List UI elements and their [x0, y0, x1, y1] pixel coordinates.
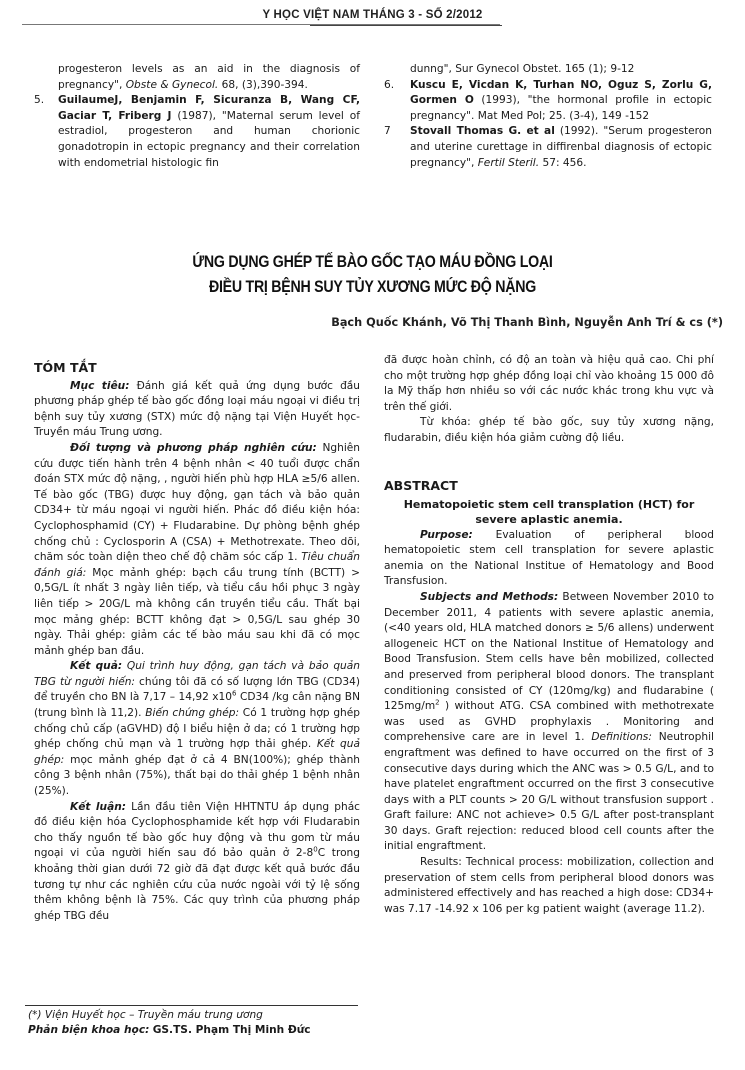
- title-line-2: ĐIỀU TRỊ BỆNH SUY TỦY XƯƠNG MỨC ĐỘ NẶNG: [52, 275, 693, 300]
- keywords: Từ khóa: ghép tế bào gốc, suy tủy xương …: [384, 415, 714, 446]
- reference-5-continuation: dunng", Sur Gynecol Obstet. 165 (1); 9-1…: [410, 62, 712, 78]
- summary-continuation: đã được hoàn chỉnh, có độ an toàn và hiệ…: [384, 353, 714, 447]
- reference-5: 5. GuilaumeJ, Benjamin F, Sicuranza B, W…: [58, 93, 360, 171]
- reference-journal: Fertil Steril.: [478, 157, 539, 169]
- reference-number: 5.: [34, 93, 56, 109]
- reference-authors: Stovall Thomas G. et al: [410, 125, 555, 137]
- paragraph-conclusion-continuation: đã được hoàn chỉnh, có độ an toàn và hiệ…: [384, 353, 714, 415]
- paragraph-results-english: Results: Technical process: mobilization…: [384, 855, 714, 917]
- paragraph-results: Kết quả: Qui trình huy động, gạn tách và…: [34, 659, 360, 799]
- paragraph-subjects-methods: Subjects and Methods: Between November 2…: [384, 590, 714, 855]
- reference-6: 6. Kuscu E, Vicdan K, Turhan NO, Oguz S,…: [410, 78, 712, 125]
- paragraph-purpose: Purpose: Evaluation of peripheral blood …: [384, 528, 714, 590]
- section-heading-tom-tat: TÓM TẮT: [34, 360, 360, 376]
- references-right: dunng", Sur Gynecol Obstet. 165 (1); 9-1…: [410, 62, 712, 171]
- footnote-affiliation: (*) Viện Huyết học – Truyền máu trung ươ…: [28, 1008, 311, 1023]
- reference-text: 57: 456.: [542, 157, 586, 169]
- paragraph-conclusion: Kết luận: Lần đầu tiên Viện HHTNTU áp dụ…: [34, 800, 360, 925]
- reference-number: 6.: [384, 78, 406, 94]
- references-left: progesteron levels as an aid in the diag…: [58, 62, 360, 171]
- footnote-reviewer: Phản biện khoa học: GS.TS. Phạm Thị Minh…: [28, 1023, 311, 1038]
- footnote: (*) Viện Huyết học – Truyền máu trung ươ…: [28, 1008, 311, 1038]
- running-head: Y HỌC VIỆT NAM THÁNG 3 - SỐ 2/2012: [0, 9, 745, 21]
- title-line-1: ỨNG DỤNG GHÉP TẾ BÀO GỐC TẠO MÁU ĐỒNG LO…: [52, 250, 693, 275]
- summary-vietnamese: TÓM TẮT Mục tiêu: Đánh giá kết quả ứng d…: [34, 360, 360, 924]
- article-authors: Bạch Quốc Khánh, Võ Thị Thanh Bình, Nguy…: [331, 316, 723, 329]
- abstract-english: ABSTRACT Hematopoietic stem cell transpl…: [384, 478, 714, 917]
- article-title: ỨNG DỤNG GHÉP TẾ BÀO GỐC TẠO MÁU ĐỒNG LO…: [52, 250, 693, 300]
- footnote-rule: [25, 1005, 358, 1006]
- abstract-subtitle: Hematopoietic stem cell transplation (HC…: [384, 497, 714, 528]
- header-rule-dark: [310, 25, 502, 26]
- section-heading-abstract: ABSTRACT: [384, 478, 714, 494]
- reference-7: 7 Stovall Thomas G. et al (1992). "Serum…: [410, 124, 712, 171]
- paragraph-objective: Mục tiêu: Đánh giá kết quả ứng dụng bước…: [34, 379, 360, 441]
- paragraph-methods: Đối tượng và phương pháp nghiên cứu: Ngh…: [34, 441, 360, 659]
- reference-number: 7: [384, 124, 406, 140]
- reference-4-continuation: progesteron levels as an aid in the diag…: [58, 62, 360, 93]
